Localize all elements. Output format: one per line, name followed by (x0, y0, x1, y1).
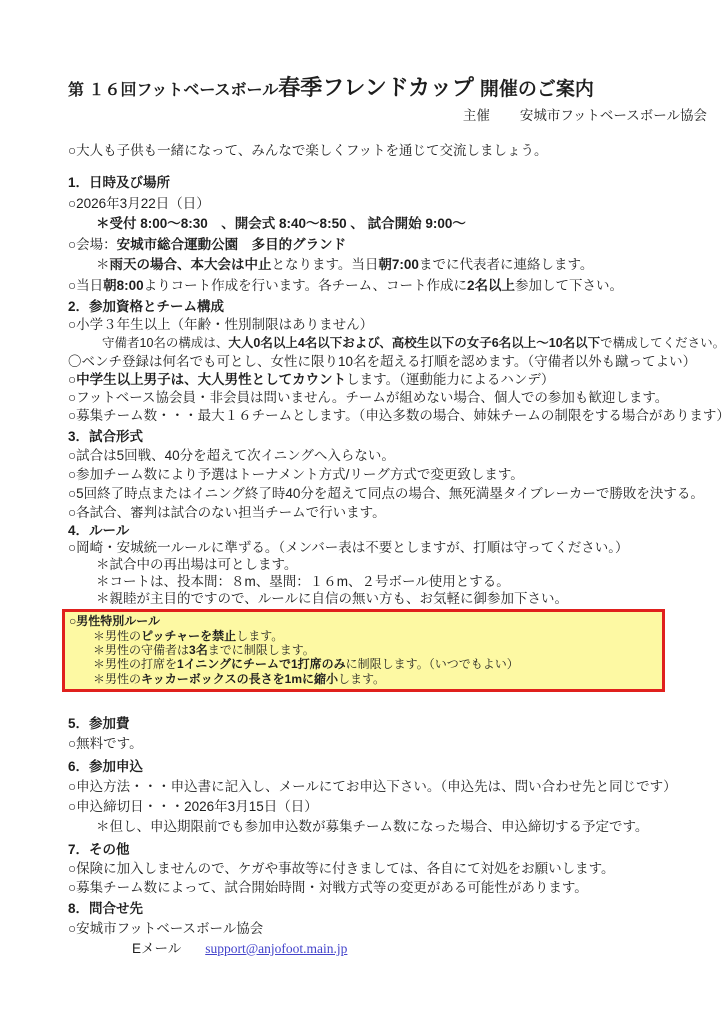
text-segment: ○岡崎・安城統一ルールに準ずる。（メンバー表は不要としますが、打順は守ってくださ… (68, 540, 628, 555)
section-heading: 8．問合せ先 (68, 899, 707, 919)
text-segment: までに制限します。 (208, 643, 315, 657)
text-segment: ○保険に加入しませんので、ケガや事故等に付きましては、各自にて対処をお願いします… (68, 861, 615, 876)
text-segment: ○申込方法・・・申込書に記入し、メールにてお申込下さい。（申込先は、問い合わせ先… (68, 779, 677, 794)
section-6: 6．参加申込○申込方法・・・申込書に記入し、メールにてお申込下さい。（申込先は、… (68, 757, 707, 837)
text-segment: します。（運動能力によるハンデ） (346, 372, 554, 387)
section-heading: 2．参加資格とチーム構成 (68, 298, 707, 316)
section-heading: 5．参加費 (68, 714, 707, 734)
section-heading: 3．試合形式 (68, 427, 707, 446)
text-segment: 参加して下さい。 (515, 278, 623, 293)
text-segment: ＊親睦が主目的ですので、ルールに自信の無い方も、お気軽に御参加下さい。 (96, 591, 568, 606)
text-segment: 安城市総合運動公園 多目的グランド (117, 237, 347, 252)
text-segment: に制限します。（いつでもよい） (346, 657, 519, 671)
document-line: ＊親睦が主目的ですので、ルールに自信の無い方も、お気軽に御参加下さい。 (68, 590, 707, 607)
text-segment: 3名 (189, 643, 208, 657)
text-segment: 1イニングにチームで1打席のみ (177, 657, 346, 671)
section-3: 3．試合形式○試合は5回戦、40分を超えて次イニングへ入らない。○参加チーム数に… (68, 427, 707, 522)
text-segment: ○2026年3月22日（日） (68, 196, 210, 211)
document-line: ○岡崎・安城統一ルールに準ずる。（メンバー表は不要としますが、打順は守ってくださ… (68, 539, 707, 556)
text-segment: ＊ (96, 257, 110, 272)
section-heading: 4．ルール (68, 522, 707, 539)
email-line: Eメールsupport@anjofoot.main.jp (68, 939, 707, 959)
section-1: 1．日時及び場所○2026年3月22日（日）＊受付 8:00～8:30 、開会式… (68, 173, 707, 296)
text-segment: 雨天の場合、本大会は中止 (110, 257, 272, 272)
document-line: ○申込締切日・・・2026年3月15日（日） (68, 797, 707, 817)
text-segment: ○募集チーム数・・・最大１６チームとします。（申込多数の場合、姉妹チームの制限を… (68, 408, 724, 423)
document-title: 第 １６回フットベースボール春季フレンドカップ開催のご案内 (68, 73, 707, 106)
title-suffix: 開催のご案内 (480, 79, 594, 100)
text-segment: 2名以上 (467, 278, 515, 293)
text-segment: となります。当日 (272, 257, 379, 272)
text-segment: ○各試合、審判は試合のない担当チームで行います。 (68, 505, 386, 520)
document-line: ○参加チーム数により予選はトーナメント方式/リーグ方式で変更致します。 (68, 465, 707, 484)
document-line: ＊男性の守備者は3名までに制限します。 (69, 643, 662, 657)
document-line: ＊男性のキッカーボックスの長さを1mに縮小します。 (69, 672, 662, 686)
document-line: ○申込方法・・・申込書に記入し、メールにてお申込下さい。（申込先は、問い合わせ先… (68, 777, 707, 797)
text-segment: までに代表者に連絡します。 (419, 257, 593, 272)
text-segment: 朝8:00 (103, 278, 144, 293)
text-segment: 〇ベンチ登録は何名でも可とし、女性に限り10名を超える打順を認めます。（守備者以… (68, 354, 696, 369)
document-page: 第 １６回フットベースボール春季フレンドカップ開催のご案内 主催安城市フットベー… (0, 0, 724, 1024)
text-segment: ○募集チーム数によって、試合開始時間・対戦方式等の変更がある可能性があります。 (68, 880, 588, 895)
document-line: ○小学３年生以上（年齢・性別制限はありません） (68, 316, 707, 334)
section-heading: 1．日時及び場所 (68, 173, 707, 194)
text-segment: 大人0名以上4名以下および、高校生以下の女子6名以上～10名以下 (228, 336, 600, 350)
text-segment: ＊試合中の再出場は可とします。 (96, 557, 297, 572)
text-segment: ○フットベース協会員・非会員は問いません。チームが組めない場合、個人での参加も歓… (68, 390, 668, 405)
document-line: ＊但し、申込期限前でも参加申込数が募集チーム数になった場合、申込締切する予定です… (68, 817, 707, 837)
text-segment: ○ (68, 372, 76, 387)
text-segment: ＊但し、申込期限前でも参加申込数が募集チーム数になった場合、申込締切する予定です… (96, 819, 648, 834)
text-segment: ＊受付 8:00～8:30 、開会式 8:40～8:50 、 試合開始 9:00… (96, 216, 466, 231)
document-line: ＊雨天の場合、本大会は中止となります。当日朝7:00までに代表者に連絡します。 (68, 255, 707, 276)
document-line: ○男性特別ルール (69, 614, 662, 628)
text-segment: ○当日 (68, 278, 103, 293)
text-segment: 中学生以上男子は、大人男性としてカウント (76, 372, 346, 387)
text-segment: します。 (236, 629, 283, 643)
document-line: ○当日朝8:00よりコート作成を行います。各チーム、コート作成に2名以上参加して… (68, 276, 707, 297)
text-segment: ＊男性の打席を (93, 657, 177, 671)
text-segment: ○会場： (68, 237, 117, 252)
document-line: 守備者10名の構成は、大人0名以上4名以下および、高校生以下の女子6名以上～10… (68, 334, 707, 352)
text-segment: キッカーボックスの長さを1mに縮小 (141, 672, 338, 686)
document-line: ○無料です。 (68, 734, 707, 754)
text-segment: よりコート作成を行います。各チーム、コート作成に (144, 278, 467, 293)
document-line: ○5回終了時点またはイニング終了時40分を超えて同点の場合、無死満塁タイブレーカ… (68, 484, 707, 503)
document-line: ＊男性の打席を1イニングにチームで1打席のみに制限します。（いつでもよい） (69, 657, 662, 671)
document-line: ＊受付 8:00～8:30 、開会式 8:40～8:50 、 試合開始 9:00… (68, 214, 707, 235)
title-main: 春季フレンドカップ (278, 75, 474, 100)
organizer-name: 安城市フットベースボール協会 (520, 108, 707, 123)
text-segment: Eメール (132, 941, 181, 956)
document-line: ○安城市フットベースボール協会 (68, 919, 707, 939)
text-segment: ○5回終了時点またはイニング終了時40分を超えて同点の場合、無死満塁タイブレーカ… (68, 486, 704, 501)
document-line: ○試合は5回戦、40分を超えて次イニングへ入らない。 (68, 446, 707, 465)
text-segment: ＊男性の守備者は (93, 643, 189, 657)
document-line: ＊コートは、投本間：８m、塁間：１６m、２号ボール使用とする。 (68, 573, 707, 590)
document-line: ○中学生以上男子は、大人男性としてカウントします。（運動能力によるハンデ） (68, 371, 707, 389)
title-prefix: 第 １６回フットベースボール (68, 82, 278, 99)
text-segment: ○試合は5回戦、40分を超えて次イニングへ入らない。 (68, 448, 395, 463)
intro-line: ○大人も子供も一緒になって、みんなで楽しくフットを通じて交流しましょう。 (68, 141, 707, 161)
organizer-line: 主催安城市フットベースボール協会 (68, 106, 707, 126)
section-7: 7．その他○保険に加入しませんので、ケガや事故等に付きましては、各自にて対処をお… (68, 840, 707, 897)
text-segment: ＊男性の (93, 629, 141, 643)
text-segment: ○申込締切日・・・2026年3月15日（日） (68, 799, 318, 814)
section-5: 5．参加費○無料です。 (68, 714, 707, 754)
sections-container: 1．日時及び場所○2026年3月22日（日）＊受付 8:00～8:30 、開会式… (68, 173, 707, 959)
document-line: ○会場：安城市総合運動公園 多目的グランド (68, 235, 707, 256)
section-8: 8．問合せ先○安城市フットベースボール協会Eメールsupport@anjofoo… (68, 899, 707, 959)
text-segment: ○無料です。 (68, 736, 143, 751)
document-line: ＊試合中の再出場は可とします。 (68, 556, 707, 573)
document-line: ○2026年3月22日（日） (68, 194, 707, 215)
text-segment: 男性特別ルール (76, 614, 160, 628)
document-line: ○募集チーム数によって、試合開始時間・対戦方式等の変更がある可能性があります。 (68, 878, 707, 897)
text-segment: ○参加チーム数により予選はトーナメント方式/リーグ方式で変更致します。 (68, 467, 524, 482)
document-line: ○フットベース協会員・非会員は問いません。チームが組めない場合、個人での参加も歓… (68, 389, 707, 407)
text-segment: で構成してください。 (600, 336, 724, 350)
document-line: ○保険に加入しませんので、ケガや事故等に付きましては、各自にて対処をお願いします… (68, 859, 707, 878)
section-4: 4．ルール○岡崎・安城統一ルールに準ずる。（メンバー表は不要としますが、打順は守… (68, 522, 707, 691)
text-segment: 朝7:00 (378, 257, 419, 272)
text-segment: ○安城市フットベースボール協会 (68, 921, 263, 936)
text-segment: 守備者10名の構成は、 (102, 336, 228, 350)
text-segment: ○小学３年生以上（年齢・性別制限はありません） (68, 317, 373, 332)
section-2: 2．参加資格とチーム構成○小学３年生以上（年齢・性別制限はありません）守備者10… (68, 298, 707, 425)
special-rules-box: ○男性特別ルール＊男性のピッチャーを禁止します。＊男性の守備者は3名までに制限し… (62, 609, 665, 691)
text-segment: ピッチャーを禁止 (141, 629, 236, 643)
text-segment: ＊男性の (93, 672, 141, 686)
section-heading: 7．その他 (68, 840, 707, 859)
text-segment: ＊コートは、投本間：８m、塁間：１６m、２号ボール使用とする。 (96, 574, 510, 589)
document-line: ＊男性のピッチャーを禁止します。 (69, 629, 662, 643)
email-link[interactable]: support@anjofoot.main.jp (205, 941, 347, 956)
document-line: ○各試合、審判は試合のない担当チームで行います。 (68, 503, 707, 522)
document-line: 〇ベンチ登録は何名でも可とし、女性に限り10名を超える打順を認めます。（守備者以… (68, 353, 707, 371)
text-segment: します。 (338, 672, 385, 686)
document-line: ○募集チーム数・・・最大１６チームとします。（申込多数の場合、姉妹チームの制限を… (68, 407, 707, 425)
section-heading: 6．参加申込 (68, 757, 707, 777)
organizer-label: 主催 (463, 108, 490, 123)
